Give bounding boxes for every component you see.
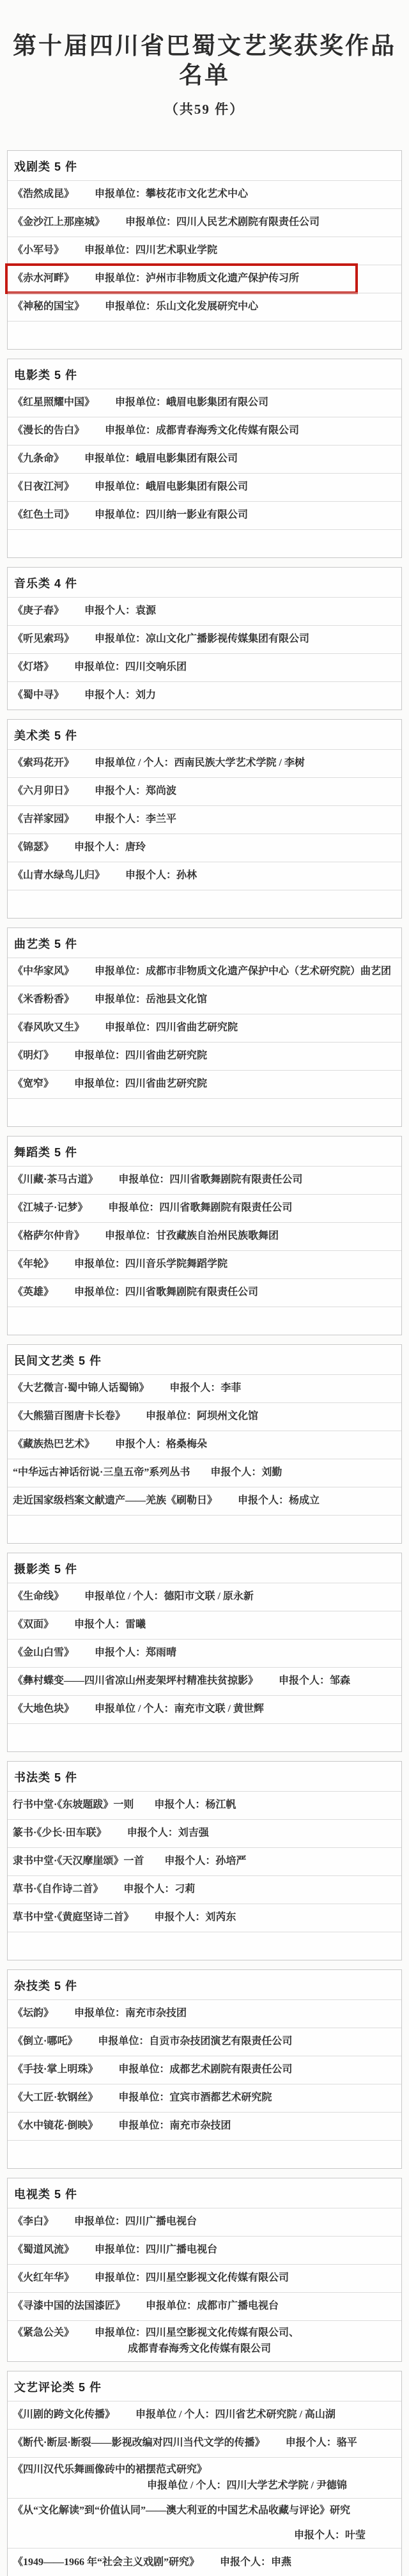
award-row: 《金沙江上那座城》申报单位：四川人民艺术剧院有限责任公司 bbox=[8, 208, 401, 237]
work-title: 《年轮》 bbox=[13, 1256, 54, 1273]
applicant-info: 申报单位：四川星空影视文化传媒有限公司 bbox=[95, 2270, 289, 2286]
section-header: 戏剧类 5 件 bbox=[8, 151, 401, 180]
award-row: 《灯塔》申报单位：四川交响乐团 bbox=[8, 653, 401, 681]
award-row: 隶书中堂·《天汉摩崖颂》一首申报个人：孙培严 bbox=[8, 1847, 401, 1875]
work-title: 《水中镜花·倒映》 bbox=[13, 2118, 98, 2134]
work-title: 《日夜江河》 bbox=[13, 479, 74, 495]
applicant-info: 申报单位 / 个人：四川省艺术研究院 / 高山湖 bbox=[135, 2407, 336, 2423]
applicant-info: 申报个人：刘芮东 bbox=[154, 1909, 236, 1926]
applicant-info: 申报单位：四川人民艺术剧院有限责任公司 bbox=[125, 214, 320, 231]
row-line: 《吉祥家园》申报个人：李兰平 bbox=[13, 811, 396, 828]
row-line: 《蜀中寻》申报个人：刘力 bbox=[13, 687, 396, 704]
row-line: 《倒立·哪吒》申报单位：自贡市杂技团演艺有限责任公司 bbox=[13, 2033, 396, 2050]
row-line: 《红星照耀中国》申报单位：峨眉电影集团有限公司 bbox=[13, 394, 396, 411]
row-line: 《九条命》申报单位：峨眉电影集团有限公司 bbox=[13, 451, 396, 467]
row-line: 申报单位 / 个人：四川大学艺术学院 / 尹德锦 bbox=[13, 2478, 396, 2494]
award-row: 走近国家级档案文献遗产——羌族《刷勒日》申报个人：杨成立 bbox=[8, 1487, 401, 1515]
award-row: 《大工匠·软钢丝》申报单位：宜宾市酒都艺术研究院 bbox=[8, 2084, 401, 2112]
applicant-info: 申报单位：泸州市非物质文化遗产保护传习所 bbox=[95, 270, 299, 287]
award-row: 《中华家风》申报单位：成都市非物质文化遗产保护中心（艺术研究院）曲艺团 bbox=[8, 958, 401, 986]
row-line: 《坛韵》申报单位：南充市杂技团 bbox=[13, 2005, 396, 2022]
award-row: 行书中堂·《东坡题跋》一则申报个人：杨江帆 bbox=[8, 1791, 401, 1819]
row-line: 草书·《自作诗二首》申报个人：刁莉 bbox=[13, 1881, 396, 1898]
applicant-info: 申报个人：刘力 bbox=[84, 687, 156, 704]
award-row: 《寻漆中国的法国漆匠》申报单位：成都市广播电视台 bbox=[8, 2292, 401, 2320]
row-line: 隶书中堂·《天汉摩崖颂》一首申报个人：孙培严 bbox=[13, 1853, 396, 1870]
row-text: 《四川汉代乐舞画像砖中的裙摆范式研究》 bbox=[13, 2462, 207, 2478]
applicant-info: 申报单位：南充市杂技团 bbox=[118, 2118, 231, 2134]
applicant-info: 申报个人：郑尚波 bbox=[95, 783, 176, 800]
award-section: 文艺评论类 5 件 《川剧的跨文化传播》申报单位 / 个人：四川省艺术研究院 /… bbox=[7, 2371, 402, 2576]
row-line: 《六月卯日》申报个人：郑尚波 bbox=[13, 783, 396, 800]
award-row: 《蜀中寻》申报个人：刘力 bbox=[8, 681, 401, 710]
applicant-info: 申报单位：凉山文化广播影视传媒集团有限公司 bbox=[95, 631, 309, 648]
row-line: 《四川汉代乐舞画像砖中的裙摆范式研究》 bbox=[13, 2462, 396, 2478]
row-line: 《李白》申报单位：四川广播电视台 bbox=[13, 2214, 396, 2230]
award-row: 《从“文化解读”到“价值认同”——澳大利亚的中国艺术品收藏与评论》研究申报个人：… bbox=[8, 2498, 401, 2548]
applicant-info: 申报个人：李菲 bbox=[169, 1380, 241, 1397]
award-row bbox=[8, 1307, 401, 1335]
row-line: 《日夜江河》申报单位：峨眉电影集团有限公司 bbox=[13, 479, 396, 495]
applicant-info: 申报单位：成都市广播电视台 bbox=[146, 2298, 279, 2315]
work-title: 《大地色块》 bbox=[13, 1701, 74, 1718]
work-title: 《中华家风》 bbox=[13, 963, 74, 980]
applicant-info: 申报单位：峨眉电影集团有限公司 bbox=[95, 479, 248, 495]
page-title: 第十届四川省巴蜀文艺奖获奖作品名单 bbox=[12, 32, 397, 91]
award-row: 《年轮》申报单位：四川音乐学院舞蹈学院 bbox=[8, 1250, 401, 1278]
row-line: 《大熊猫百图唐卡长卷》申报单位：阿坝州文化馆 bbox=[13, 1408, 396, 1425]
row-line: 《藏族热巴艺术》申报个人：格桑梅朵 bbox=[13, 1436, 396, 1453]
award-row: 《红色土司》申报单位：四川纳一影业有限公司 bbox=[8, 501, 401, 529]
applicant-info: 申报单位：峨眉电影集团有限公司 bbox=[115, 394, 268, 411]
row-line: 《英雄》申报单位：四川省歌舞剧院有限责任公司 bbox=[13, 1284, 396, 1301]
applicant-info: 申报单位：岳池县文化馆 bbox=[95, 991, 207, 1008]
work-title: 《明灯》 bbox=[13, 1048, 54, 1064]
section-rows: 《川剧的跨文化传播》申报单位 / 个人：四川省艺术研究院 / 高山湖《断代·断层… bbox=[8, 2401, 401, 2576]
row-line: 《年轮》申报单位：四川音乐学院舞蹈学院 bbox=[13, 1256, 396, 1273]
work-title: 走近国家级档案文献遗产——羌族《刷勒日》 bbox=[13, 1493, 217, 1509]
work-title: 《藏族热巴艺术》 bbox=[13, 1436, 95, 1453]
award-row: 《江城子·记梦》申报单位：四川省歌舞剧院有限责任公司 bbox=[8, 1194, 401, 1222]
work-title: 《索玛花开》 bbox=[13, 755, 74, 772]
document-page: 第十届四川省巴蜀文艺奖获奖作品名单 （共59 件） 戏剧类 5 件 《浩然成昆》… bbox=[0, 0, 409, 2576]
work-title: 《英雄》 bbox=[13, 1284, 54, 1301]
applicant-info: 申报单位：自贡市杂技团演艺有限责任公司 bbox=[98, 2033, 292, 2050]
page-subtitle: （共59 件） bbox=[0, 99, 409, 118]
applicant-info: 申报个人：孙林 bbox=[125, 867, 197, 884]
work-title: 《川藏·茶马古道》 bbox=[13, 1172, 98, 1188]
award-row bbox=[8, 529, 401, 557]
award-section: 美术类 5 件 《索玛花开》申报单位 / 个人：西南民族大学艺术学院 / 李树《… bbox=[7, 719, 402, 919]
award-row: 《火红年华》申报单位：四川星空影视文化传媒有限公司 bbox=[8, 2264, 401, 2292]
row-line: 《宽窄》申报单位：四川省曲艺研究院 bbox=[13, 1076, 396, 1092]
row-line: 《神秘的国宝》申报单位：乐山文化发展研究中心 bbox=[13, 299, 396, 315]
work-title: 《生命线》 bbox=[13, 1588, 64, 1605]
applicant-info: 申报个人：杨成立 bbox=[238, 1493, 320, 1509]
section-header: 电影类 5 件 bbox=[8, 359, 401, 389]
work-title: 篆书·《少长·田车联》 bbox=[13, 1825, 107, 1842]
work-title: 《蜀中寻》 bbox=[13, 687, 64, 704]
award-row: 《日夜江河》申报单位：峨眉电影集团有限公司 bbox=[8, 473, 401, 501]
award-section: 曲艺类 5 件 《中华家风》申报单位：成都市非物质文化遗产保护中心（艺术研究院）… bbox=[7, 927, 402, 1127]
award-row: 《蜀道风流》申报单位：四川广播电视台 bbox=[8, 2236, 401, 2264]
award-row bbox=[8, 1515, 401, 1543]
applicant-info: 申报单位：四川省曲艺研究院 bbox=[74, 1076, 207, 1092]
applicant-info: 申报单位 / 个人：德阳市文联 / 原永新 bbox=[84, 1588, 254, 1605]
award-row: 《断代·断层·断裂——影视改编对四川当代文学的传播》申报个人：骆平 bbox=[8, 2429, 401, 2457]
applicant-info: 申报单位：四川纳一影业有限公司 bbox=[95, 507, 248, 524]
work-title: 《双面》 bbox=[13, 1617, 54, 1633]
applicant-info: 申报单位：四川广播电视台 bbox=[95, 2242, 217, 2258]
work-title: 《蜀道风流》 bbox=[13, 2242, 74, 2258]
work-title: “中华远古神话衍说·三皇五帝”系列丛书 bbox=[13, 1464, 190, 1481]
section-header: 民间文艺类 5 件 bbox=[8, 1345, 401, 1374]
award-row: 《锦瑟》申报个人：唐玲 bbox=[8, 834, 401, 862]
award-row-highlighted: 《赤水河畔》申报单位：泸州市非物质文化遗产保护传习所 bbox=[8, 265, 401, 293]
row-line: 草书中堂·《黄庭坚诗二首》申报个人：刘芮东 bbox=[13, 1909, 396, 1926]
applicant-info: 申报单位：四川星空影视文化传媒有限公司、 bbox=[95, 2325, 299, 2341]
work-title: 《江城子·记梦》 bbox=[13, 1200, 88, 1216]
award-row: 《英雄》申报单位：四川省歌舞剧院有限责任公司 bbox=[8, 1278, 401, 1307]
applicant-info: 申报个人：邹森 bbox=[279, 1673, 350, 1689]
row-line: 《断代·断层·断裂——影视改编对四川当代文学的传播》申报个人：骆平 bbox=[13, 2435, 396, 2451]
row-text: 申报单位 / 个人：四川大学艺术学院 / 尹德锦 bbox=[147, 2478, 347, 2494]
award-row bbox=[8, 890, 401, 918]
award-row: 《浩然成昆》申报单位：攀枝花市文化艺术中心 bbox=[8, 180, 401, 208]
row-line: 《从“文化解读”到“价值认同”——澳大利亚的中国艺术品收藏与评论》研究 bbox=[13, 2502, 396, 2519]
section-rows: 《大艺微言·蜀中锦人话蜀锦》申报个人：李菲《大熊猫百图唐卡长卷》申报单位：阿坝州… bbox=[8, 1374, 401, 1543]
section-header: 美术类 5 件 bbox=[8, 720, 401, 749]
work-title: 《金山白雪》 bbox=[13, 1645, 74, 1661]
section-rows: 《川藏·茶马古道》申报单位：四川省歌舞剧院有限责任公司《江城子·记梦》申报单位：… bbox=[8, 1166, 401, 1335]
work-title: 《李白》 bbox=[13, 2214, 54, 2230]
section-rows: 《生命线》申报单位 / 个人：德阳市文联 / 原永新《双面》申报个人：雷曦《金山… bbox=[8, 1583, 401, 1751]
row-line: 《大艺微言·蜀中锦人话蜀锦》申报个人：李菲 bbox=[13, 1380, 396, 1397]
applicant-info: 申报个人：李兰平 bbox=[95, 811, 176, 828]
section-rows: 《浩然成昆》申报单位：攀枝花市文化艺术中心《金沙江上那座城》申报单位：四川人民艺… bbox=[8, 180, 401, 349]
award-row: 《米香粉香》申报单位：岳池县文化馆 bbox=[8, 986, 401, 1014]
row-line: 《大工匠·软钢丝》申报单位：宜宾市酒都艺术研究院 bbox=[13, 2090, 396, 2106]
applicant-info: 申报单位 / 个人：南充市文联 / 黄世辉 bbox=[95, 1701, 264, 1718]
work-title: 《格萨尔仲肯》 bbox=[13, 1228, 84, 1245]
award-row: 《金山白雪》申报个人：郑雨晴 bbox=[8, 1639, 401, 1667]
work-title: 行书中堂·《东坡题跋》一则 bbox=[13, 1797, 134, 1813]
row-text: 申报个人：叶莹 bbox=[294, 2527, 366, 2544]
work-title: 《庚子春》 bbox=[13, 603, 64, 619]
section-header: 摄影类 5 件 bbox=[8, 1553, 401, 1583]
row-line: 《彝村蝶变——四川省凉山州麦架坪村精准扶贫掠影》申报个人：邹森 bbox=[13, 1673, 396, 1689]
applicant-info: 申报单位：甘孜藏族自治州民族歌舞团 bbox=[105, 1228, 279, 1245]
work-title: 《赤水河畔》 bbox=[13, 270, 74, 287]
award-row: 《听见索玛》申报单位：凉山文化广播影视传媒集团有限公司 bbox=[8, 625, 401, 653]
work-title: 《1949——1966 年“社会主义戏剧”研究》 bbox=[13, 2554, 199, 2571]
row-text: 《从“文化解读”到“价值认同”——澳大利亚的中国艺术品收藏与评论》研究 bbox=[13, 2502, 350, 2519]
award-row: 《九条命》申报单位：峨眉电影集团有限公司 bbox=[8, 445, 401, 473]
section-header: 杂技类 5 件 bbox=[8, 1970, 401, 1999]
work-title: 《手技·掌上明珠》 bbox=[13, 2061, 98, 2078]
applicant-info: 申报单位：四川艺术职业学院 bbox=[84, 242, 217, 259]
row-line: 《山青水绿鸟儿归》申报个人：孙林 bbox=[13, 867, 396, 884]
row-line: 申报个人：叶莹 bbox=[13, 2527, 396, 2544]
award-row: 《紧急公关》申报单位：四川星空影视文化传媒有限公司、成都青春海秀文化传媒有限公司 bbox=[8, 2320, 401, 2361]
applicant-info: 申报单位：成都青春海秀文化传媒有限公司 bbox=[105, 423, 299, 439]
section-rows: 《李白》申报单位：四川广播电视台《蜀道风流》申报单位：四川广播电视台《火红年华》… bbox=[8, 2208, 401, 2361]
applicant-info: 申报个人：刘吉强 bbox=[127, 1825, 209, 1842]
award-section: 书法类 5 件 行书中堂·《东坡题跋》一则申报个人：杨江帆篆书·《少长·田车联》… bbox=[7, 1761, 402, 1960]
work-title: 《紧急公关》 bbox=[13, 2325, 74, 2341]
award-section: 杂技类 5 件 《坛韵》申报单位：南充市杂技团《倒立·哪吒》申报单位：自贡市杂技… bbox=[7, 1969, 402, 2169]
award-section: 音乐类 4 件 《庚子春》申报个人：袁源《听见索玛》申报单位：凉山文化广播影视传… bbox=[7, 567, 402, 710]
award-row: 草书中堂·《黄庭坚诗二首》申报个人：刘芮东 bbox=[8, 1904, 401, 1932]
award-section: 戏剧类 5 件 《浩然成昆》申报单位：攀枝花市文化艺术中心《金沙江上那座城》申报… bbox=[7, 150, 402, 350]
work-title: 《宽窄》 bbox=[13, 1076, 54, 1092]
section-rows: 《坛韵》申报单位：南充市杂技团《倒立·哪吒》申报单位：自贡市杂技团演艺有限责任公… bbox=[8, 1999, 401, 2168]
row-line: 《米香粉香》申报单位：岳池县文化馆 bbox=[13, 991, 396, 1008]
work-title: 《坛韵》 bbox=[13, 2005, 54, 2022]
row-line: 《金沙江上那座城》申报单位：四川人民艺术剧院有限责任公司 bbox=[13, 214, 396, 231]
award-row: 《吉祥家园》申报个人：李兰平 bbox=[8, 805, 401, 834]
section-rows: 《索玛花开》申报单位 / 个人：西南民族大学艺术学院 / 李树《六月卯日》申报个… bbox=[8, 749, 401, 918]
applicant-info: 申报单位：四川交响乐团 bbox=[74, 659, 187, 676]
work-title: 《春风吹又生》 bbox=[13, 1020, 84, 1036]
row-line: 《金山白雪》申报个人：郑雨晴 bbox=[13, 1645, 396, 1661]
award-row: 《彝村蝶变——四川省凉山州麦架坪村精准扶贫掠影》申报个人：邹森 bbox=[8, 1667, 401, 1695]
applicant-info: 申报单位：四川广播电视台 bbox=[74, 2214, 197, 2230]
row-line: 成都青春海秀文化传媒有限公司 bbox=[13, 2341, 396, 2357]
work-title: 《彝村蝶变——四川省凉山州麦架坪村精准扶贫掠影》 bbox=[13, 1673, 258, 1689]
award-row: 《神秘的国宝》申报单位：乐山文化发展研究中心 bbox=[8, 293, 401, 321]
work-title: 隶书中堂·《天汉摩崖颂》一首 bbox=[13, 1853, 144, 1870]
work-title: 《六月卯日》 bbox=[13, 783, 74, 800]
applicant-info: 申报个人：刁莉 bbox=[123, 1881, 195, 1898]
work-title: 《小军号》 bbox=[13, 242, 64, 259]
row-line: 《赤水河畔》申报单位：泸州市非物质文化遗产保护传习所 bbox=[13, 270, 396, 287]
award-row: 《四川汉代乐舞画像砖中的裙摆范式研究》申报单位 / 个人：四川大学艺术学院 / … bbox=[8, 2457, 401, 2498]
sections-container: 戏剧类 5 件 《浩然成昆》申报单位：攀枝花市文化艺术中心《金沙江上那座城》申报… bbox=[0, 150, 409, 2576]
award-row: 《水中镜花·倒映》申报单位：南充市杂技团 bbox=[8, 2112, 401, 2140]
row-line: 《春风吹又生》申报单位：四川省曲艺研究院 bbox=[13, 1020, 396, 1036]
row-line: 《大地色块》申报单位 / 个人：南充市文联 / 黄世辉 bbox=[13, 1701, 396, 1718]
applicant-info: 申报单位 / 个人：西南民族大学艺术学院 / 李树 bbox=[95, 755, 305, 772]
row-line: 《火红年华》申报单位：四川星空影视文化传媒有限公司 bbox=[13, 2270, 396, 2286]
row-line: 行书中堂·《东坡题跋》一则申报个人：杨江帆 bbox=[13, 1797, 396, 1813]
row-line: 《锦瑟》申报个人：唐玲 bbox=[13, 839, 396, 856]
award-row bbox=[8, 1723, 401, 1751]
row-line: 《索玛花开》申报单位 / 个人：西南民族大学艺术学院 / 李树 bbox=[13, 755, 396, 772]
section-rows: 《红星照耀中国》申报单位：峨眉电影集团有限公司《漫长的告白》申报单位：成都青春海… bbox=[8, 389, 401, 557]
row-line: 《江城子·记梦》申报单位：四川省歌舞剧院有限责任公司 bbox=[13, 1200, 396, 1216]
work-title: 《大熊猫百图唐卡长卷》 bbox=[13, 1408, 125, 1425]
applicant-info: 申报个人：雷曦 bbox=[74, 1617, 146, 1633]
work-title: 《大工匠·软钢丝》 bbox=[13, 2090, 98, 2106]
award-row: “中华远古神话衍说·三皇五帝”系列丛书申报个人：刘勤 bbox=[8, 1459, 401, 1487]
applicant-info: 申报个人：袁源 bbox=[84, 603, 156, 619]
applicant-info: 申报单位：成都艺术剧院有限责任公司 bbox=[118, 2061, 292, 2078]
section-header: 曲艺类 5 件 bbox=[8, 928, 401, 958]
work-title: 《九条命》 bbox=[13, 451, 64, 467]
award-row bbox=[8, 321, 401, 349]
work-title: 《倒立·哪吒》 bbox=[13, 2033, 77, 2050]
applicant-info: 申报单位：攀枝花市文化艺术中心 bbox=[95, 186, 248, 203]
award-row: 《庚子春》申报个人：袁源 bbox=[8, 597, 401, 625]
applicant-info: 申报单位：乐山文化发展研究中心 bbox=[105, 299, 258, 315]
award-row: 《倒立·哪吒》申报单位：自贡市杂技团演艺有限责任公司 bbox=[8, 2028, 401, 2056]
work-title: 《灯塔》 bbox=[13, 659, 54, 676]
applicant-info: 申报个人：杨江帆 bbox=[154, 1797, 236, 1813]
row-line: 《寻漆中国的法国漆匠》申报单位：成都市广播电视台 bbox=[13, 2298, 396, 2315]
section-header: 文艺评论类 5 件 bbox=[8, 2371, 401, 2401]
award-section: 舞蹈类 5 件 《川藏·茶马古道》申报单位：四川省歌舞剧院有限责任公司《江城子·… bbox=[7, 1136, 402, 1335]
row-line: 《水中镜花·倒映》申报单位：南充市杂技团 bbox=[13, 2118, 396, 2134]
section-rows: 《中华家风》申报单位：成都市非物质文化遗产保护中心（艺术研究院）曲艺团《米香粉香… bbox=[8, 958, 401, 1126]
row-line: 走近国家级档案文献遗产——羌族《刷勒日》申报个人：杨成立 bbox=[13, 1493, 396, 1509]
row-line: 《双面》申报个人：雷曦 bbox=[13, 1617, 396, 1633]
section-header: 音乐类 4 件 bbox=[8, 568, 401, 597]
award-row: 《六月卯日》申报个人：郑尚波 bbox=[8, 777, 401, 805]
row-line: 《蜀道风流》申报单位：四川广播电视台 bbox=[13, 2242, 396, 2258]
work-title: 《断代·断层·断裂——影视改编对四川当代文学的传播》 bbox=[13, 2435, 265, 2451]
award-row: 《川剧的跨文化传播》申报单位 / 个人：四川省艺术研究院 / 高山湖 bbox=[8, 2401, 401, 2429]
row-line: 《漫长的告白》申报单位：成都青春海秀文化传媒有限公司 bbox=[13, 423, 396, 439]
row-line: 《小军号》申报单位：四川艺术职业学院 bbox=[13, 242, 396, 259]
applicant-info: 申报个人：申燕 bbox=[220, 2554, 291, 2571]
award-row bbox=[8, 2140, 401, 2168]
award-row: 篆书·《少长·田车联》申报个人：刘吉强 bbox=[8, 1819, 401, 1847]
work-title: 《火红年华》 bbox=[13, 2270, 74, 2286]
work-title: 草书·《自作诗二首》 bbox=[13, 1881, 103, 1898]
applicant-info: 申报个人：唐玲 bbox=[74, 839, 146, 856]
applicant-info: 申报单位：峨眉电影集团有限公司 bbox=[84, 451, 238, 467]
applicant-info: 申报单位：宜宾市酒都艺术研究院 bbox=[118, 2090, 272, 2106]
award-row bbox=[8, 1932, 401, 1960]
applicant-info: 申报单位：南充市杂技团 bbox=[74, 2005, 187, 2022]
work-title: 《漫长的告白》 bbox=[13, 423, 84, 439]
row-line: 篆书·《少长·田车联》申报个人：刘吉强 bbox=[13, 1825, 396, 1842]
work-title: 《红星照耀中国》 bbox=[13, 394, 95, 411]
row-line: 《听见索玛》申报单位：凉山文化广播影视传媒集团有限公司 bbox=[13, 631, 396, 648]
award-row: 《大艺微言·蜀中锦人话蜀锦》申报个人：李菲 bbox=[8, 1374, 401, 1402]
award-row: 《李白》申报单位：四川广播电视台 bbox=[8, 2208, 401, 2236]
award-row: 《春风吹又生》申报单位：四川省曲艺研究院 bbox=[8, 1014, 401, 1042]
award-row: 《宽窄》申报单位：四川省曲艺研究院 bbox=[8, 1070, 401, 1098]
row-line: 《紧急公关》申报单位：四川星空影视文化传媒有限公司、 bbox=[13, 2325, 396, 2341]
row-line: 《中华家风》申报单位：成都市非物质文化遗产保护中心（艺术研究院）曲艺团 bbox=[13, 963, 396, 980]
row-line: “中华远古神话衍说·三皇五帝”系列丛书申报个人：刘勤 bbox=[13, 1464, 396, 1481]
award-row: 《大地色块》申报单位 / 个人：南充市文联 / 黄世辉 bbox=[8, 1695, 401, 1723]
award-row: 草书·《自作诗二首》申报个人：刁莉 bbox=[8, 1875, 401, 1904]
award-section: 摄影类 5 件 《生命线》申报单位 / 个人：德阳市文联 / 原永新《双面》申报… bbox=[7, 1553, 402, 1752]
row-line: 《川藏·茶马古道》申报单位：四川省歌舞剧院有限责任公司 bbox=[13, 1172, 396, 1188]
row-line: 《灯塔》申报单位：四川交响乐团 bbox=[13, 659, 396, 676]
applicant-info: 申报单位：四川省曲艺研究院 bbox=[105, 1020, 238, 1036]
work-title: 《大艺微言·蜀中锦人话蜀锦》 bbox=[13, 1380, 149, 1397]
award-row: 《漫长的告白》申报单位：成都青春海秀文化传媒有限公司 bbox=[8, 417, 401, 445]
section-rows: 行书中堂·《东坡题跋》一则申报个人：杨江帆篆书·《少长·田车联》申报个人：刘吉强… bbox=[8, 1791, 401, 1960]
work-title: 《吉祥家园》 bbox=[13, 811, 74, 828]
work-title: 《听见索玛》 bbox=[13, 631, 74, 648]
row-line: 《浩然成昆》申报单位：攀枝花市文化艺术中心 bbox=[13, 186, 396, 203]
work-title: 《锦瑟》 bbox=[13, 839, 54, 856]
work-title: 《川剧的跨文化传播》 bbox=[13, 2407, 115, 2423]
section-header: 舞蹈类 5 件 bbox=[8, 1137, 401, 1166]
award-row: 《川藏·茶马古道》申报单位：四川省歌舞剧院有限责任公司 bbox=[8, 1166, 401, 1194]
applicant-info: 申报个人：格桑梅朵 bbox=[115, 1436, 207, 1453]
row-text: 成都青春海秀文化传媒有限公司 bbox=[128, 2341, 271, 2357]
award-row: 《索玛花开》申报单位 / 个人：西南民族大学艺术学院 / 李树 bbox=[8, 749, 401, 777]
row-line: 《生命线》申报单位 / 个人：德阳市文联 / 原永新 bbox=[13, 1588, 396, 1605]
work-title: 《寻漆中国的法国漆匠》 bbox=[13, 2298, 125, 2315]
applicant-info: 申报单位：四川省歌舞剧院有限责任公司 bbox=[108, 1200, 292, 1216]
row-line: 《川剧的跨文化传播》申报单位 / 个人：四川省艺术研究院 / 高山湖 bbox=[13, 2407, 396, 2423]
award-row: 《手技·掌上明珠》申报单位：成都艺术剧院有限责任公司 bbox=[8, 2056, 401, 2084]
award-row: 《山青水绿鸟儿归》申报个人：孙林 bbox=[8, 862, 401, 890]
applicant-info: 申报单位：四川省歌舞剧院有限责任公司 bbox=[118, 1172, 302, 1188]
award-row bbox=[8, 1098, 401, 1126]
award-section: 民间文艺类 5 件 《大艺微言·蜀中锦人话蜀锦》申报个人：李菲《大熊猫百图唐卡长… bbox=[7, 1344, 402, 1544]
award-section: 电视类 5 件 《李白》申报单位：四川广播电视台《蜀道风流》申报单位：四川广播电… bbox=[7, 2178, 402, 2362]
section-header: 电视类 5 件 bbox=[8, 2178, 401, 2208]
applicant-info: 申报单位：阿坝州文化馆 bbox=[146, 1408, 258, 1425]
award-section: 电影类 5 件 《红星照耀中国》申报单位：峨眉电影集团有限公司《漫长的告白》申报… bbox=[7, 359, 402, 558]
award-row: 《1949——1966 年“社会主义戏剧”研究》申报个人：申燕 bbox=[8, 2548, 401, 2576]
row-line: 《庚子春》申报个人：袁源 bbox=[13, 603, 396, 619]
row-line: 《1949——1966 年“社会主义戏剧”研究》申报个人：申燕 bbox=[13, 2554, 396, 2571]
applicant-info: 申报个人：孙培严 bbox=[164, 1853, 246, 1870]
award-row: 《格萨尔仲肯》申报单位：甘孜藏族自治州民族歌舞团 bbox=[8, 1222, 401, 1250]
award-row: 《明灯》申报单位：四川省曲艺研究院 bbox=[8, 1042, 401, 1070]
work-title: 草书中堂·《黄庭坚诗二首》 bbox=[13, 1909, 134, 1926]
applicant-info: 申报单位：成都市非物质文化遗产保护中心（艺术研究院）曲艺团 bbox=[95, 963, 391, 980]
award-row: 《大熊猫百图唐卡长卷》申报单位：阿坝州文化馆 bbox=[8, 1402, 401, 1431]
award-row: 《小军号》申报单位：四川艺术职业学院 bbox=[8, 237, 401, 265]
work-title: 《山青水绿鸟儿归》 bbox=[13, 867, 105, 884]
award-row: 《坛韵》申报单位：南充市杂技团 bbox=[8, 1999, 401, 2028]
work-title: 《米香粉香》 bbox=[13, 991, 74, 1008]
award-row: 《藏族热巴艺术》申报个人：格桑梅朵 bbox=[8, 1431, 401, 1459]
award-row: 《红星照耀中国》申报单位：峨眉电影集团有限公司 bbox=[8, 389, 401, 417]
applicant-info: 申报个人：郑雨晴 bbox=[95, 1645, 176, 1661]
applicant-info: 申报单位：四川省歌舞剧院有限责任公司 bbox=[74, 1284, 258, 1301]
section-header: 书法类 5 件 bbox=[8, 1762, 401, 1791]
award-row: 《双面》申报个人：雷曦 bbox=[8, 1611, 401, 1639]
award-row: 《生命线》申报单位 / 个人：德阳市文联 / 原永新 bbox=[8, 1583, 401, 1611]
work-title: 《浩然成昆》 bbox=[13, 186, 74, 203]
applicant-info: 申报单位：四川省曲艺研究院 bbox=[74, 1048, 207, 1064]
row-line: 《格萨尔仲肯》申报单位：甘孜藏族自治州民族歌舞团 bbox=[13, 1228, 396, 1245]
work-title: 《金沙江上那座城》 bbox=[13, 214, 105, 231]
applicant-info: 申报单位：四川音乐学院舞蹈学院 bbox=[74, 1256, 228, 1273]
applicant-info: 申报个人：刘勤 bbox=[210, 1464, 282, 1481]
row-line: 《手技·掌上明珠》申报单位：成都艺术剧院有限责任公司 bbox=[13, 2061, 396, 2078]
applicant-info: 申报个人：骆平 bbox=[286, 2435, 357, 2451]
section-rows: 《庚子春》申报个人：袁源《听见索玛》申报单位：凉山文化广播影视传媒集团有限公司《… bbox=[8, 597, 401, 710]
work-title: 《红色土司》 bbox=[13, 507, 74, 524]
row-line: 《红色土司》申报单位：四川纳一影业有限公司 bbox=[13, 507, 396, 524]
row-line: 《明灯》申报单位：四川省曲艺研究院 bbox=[13, 1048, 396, 1064]
work-title: 《神秘的国宝》 bbox=[13, 299, 84, 315]
